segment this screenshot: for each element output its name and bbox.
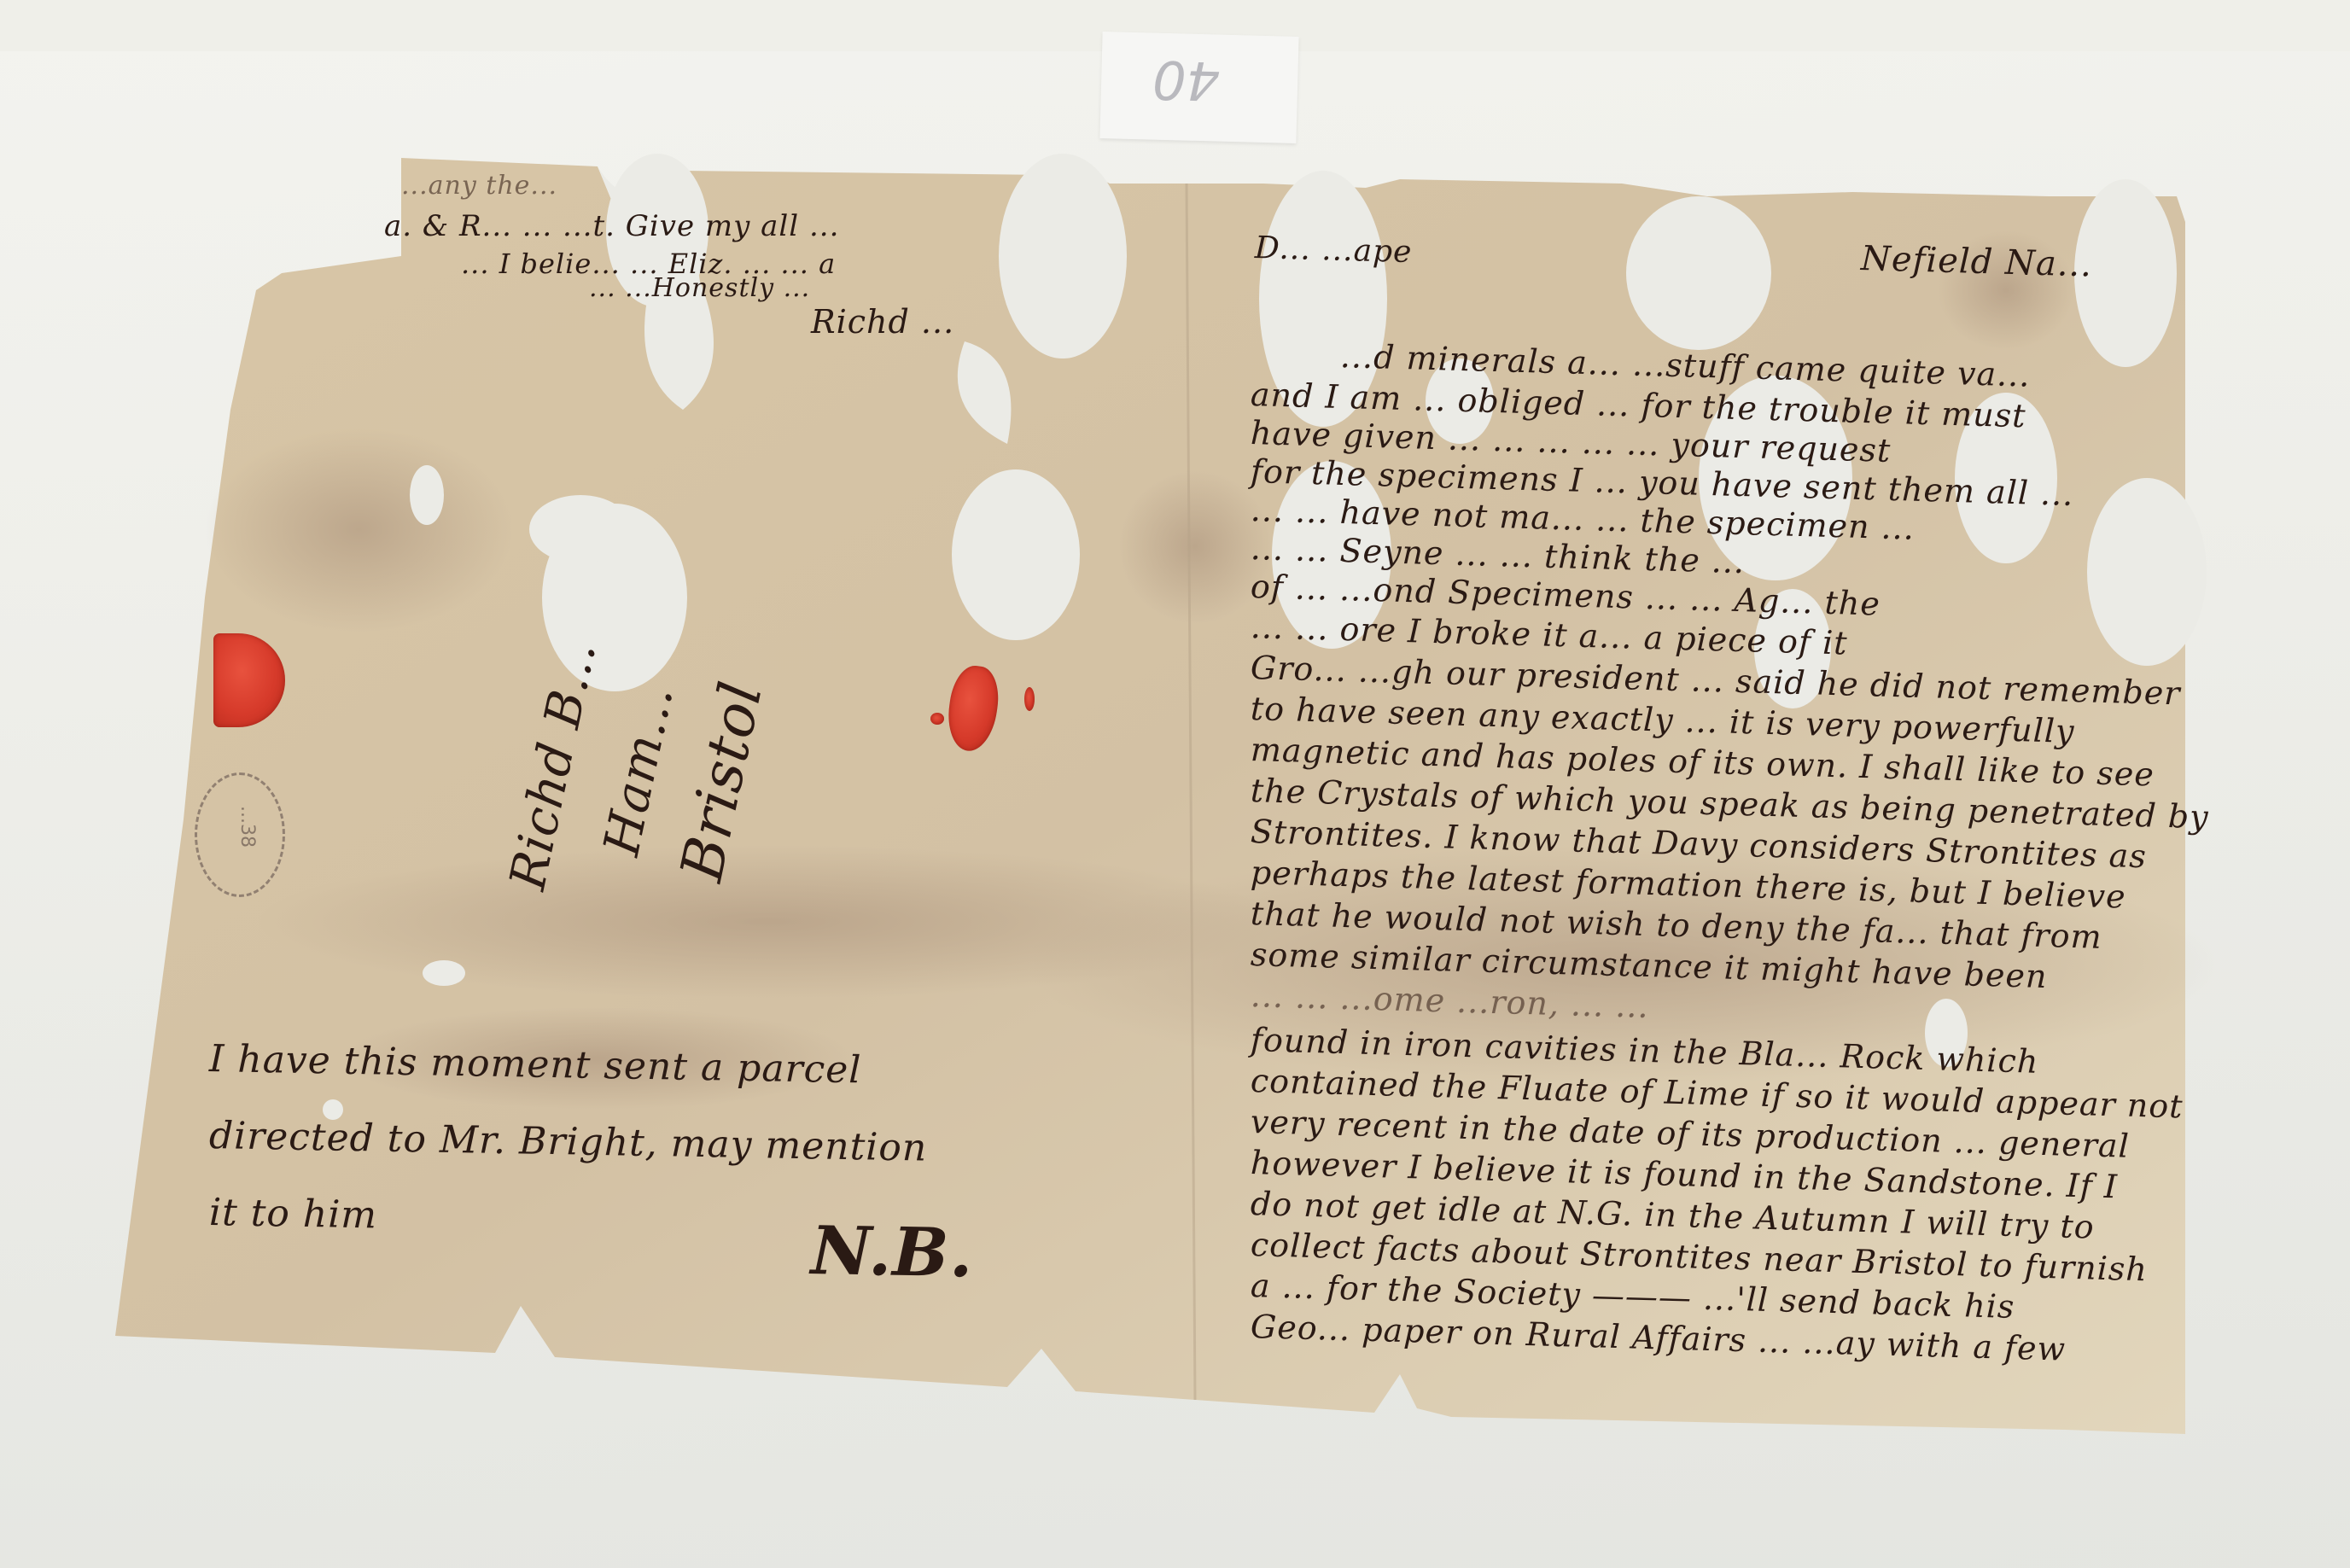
fragment-line: ...any the...: [401, 171, 557, 201]
letter-sheet: ...any the... a. & R... ... ...t. Give m…: [0, 0, 2350, 1568]
salutation: D... ...ape: [1254, 230, 1413, 270]
postmark-stamp: ...38: [195, 772, 285, 897]
wax-fragment: [1024, 687, 1035, 711]
postscript-line: it to him: [209, 1191, 378, 1237]
signature: N.B.: [810, 1212, 974, 1292]
fragment-line: ... ...Honestly ...: [589, 273, 810, 303]
fragment-line: a. & R... ... ...t. Give my all ...: [384, 209, 839, 243]
wax-fragment: [930, 713, 944, 725]
fragment-line: Richd ...: [811, 303, 954, 341]
postmark-text: ...38: [236, 806, 258, 848]
place-heading: Nefield Na...: [1860, 239, 2092, 285]
